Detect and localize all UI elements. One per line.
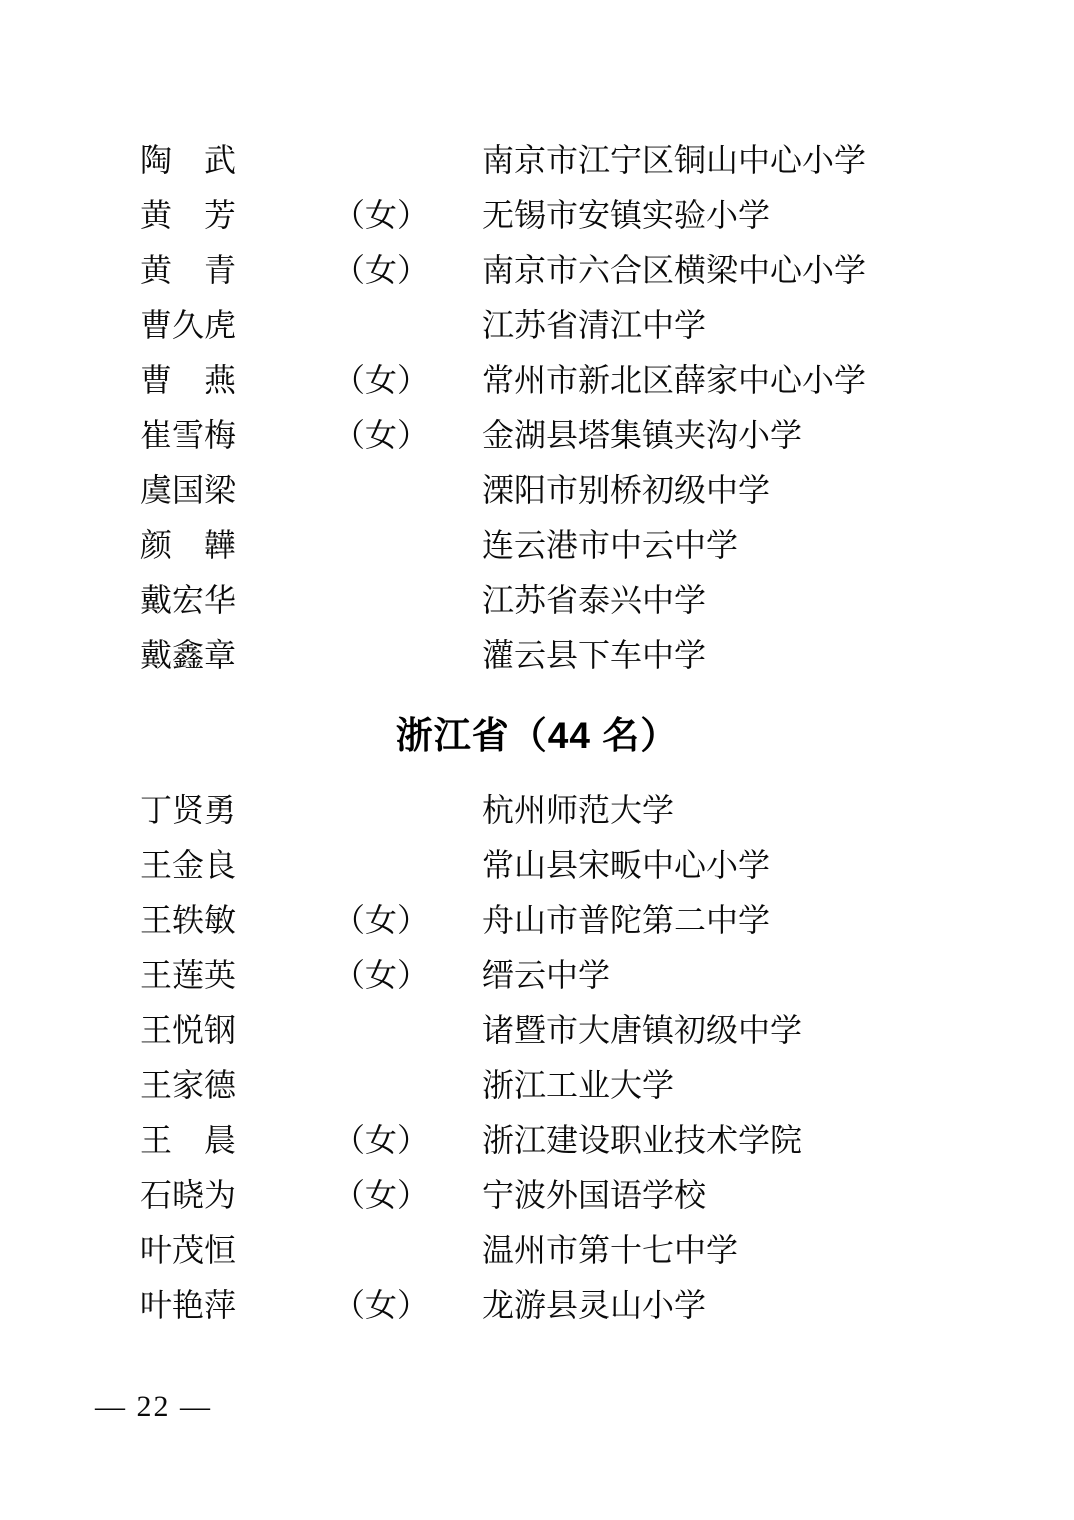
school-name: 宁波外国语学校 (482, 1179, 1074, 1211)
document-page: 陶 武南京市江宁区铜山中心小学黄 芳（女）无锡市安镇实验小学黄 青（女）南京市六… (0, 0, 1074, 1520)
person-name: 王 晨 (140, 1124, 333, 1156)
person-name: 黄 芳 (140, 199, 333, 231)
person-name: 虞国梁 (140, 474, 333, 506)
school-name: 诸暨市大唐镇初级中学 (482, 1014, 1074, 1046)
person-name: 戴鑫章 (140, 639, 333, 671)
list-row: 王家德浙江工业大学 (0, 1057, 1074, 1112)
person-name: 颜 韡 (140, 529, 333, 561)
jiangsu-rows-list: 陶 武南京市江宁区铜山中心小学黄 芳（女）无锡市安镇实验小学黄 青（女）南京市六… (0, 0, 1074, 682)
gender-label: （女） (333, 1179, 482, 1211)
list-row: 王轶敏（女）舟山市普陀第二中学 (0, 892, 1074, 947)
school-name: 金湖县塔集镇夹沟小学 (482, 419, 1074, 451)
section-heading-wrap: 浙江省（44 名） (0, 682, 1074, 782)
gender-label: （女） (333, 1289, 482, 1321)
gender-label: （女） (333, 199, 482, 231)
gender-label: （女） (333, 959, 482, 991)
person-name: 戴宏华 (140, 584, 333, 616)
gender-label: （女） (333, 419, 482, 451)
school-name: 舟山市普陀第二中学 (482, 904, 1074, 936)
list-row: 王金良常山县宋畈中心小学 (0, 837, 1074, 892)
person-name: 叶艳萍 (140, 1289, 333, 1321)
person-name: 曹 燕 (140, 364, 333, 396)
person-name: 王悦钢 (140, 1014, 333, 1046)
person-name: 王金良 (140, 849, 333, 881)
list-row: 陶 武南京市江宁区铜山中心小学 (0, 132, 1074, 187)
person-name: 黄 青 (140, 254, 333, 286)
gender-label: （女） (333, 1124, 482, 1156)
school-name: 南京市六合区横梁中心小学 (482, 254, 1074, 286)
zhejiang-rows-list: 丁贤勇杭州师范大学王金良常山县宋畈中心小学王轶敏（女）舟山市普陀第二中学王莲英（… (0, 782, 1074, 1332)
list-row: 王悦钢诸暨市大唐镇初级中学 (0, 1002, 1074, 1057)
person-name: 曹久虎 (140, 309, 333, 341)
list-row: 曹 燕（女）常州市新北区薛家中心小学 (0, 352, 1074, 407)
school-name: 浙江建设职业技术学院 (482, 1124, 1074, 1156)
school-name: 杭州师范大学 (482, 794, 1074, 826)
school-name: 浙江工业大学 (482, 1069, 1074, 1101)
person-name: 王轶敏 (140, 904, 333, 936)
section-heading-zhejiang: 浙江省（44 名） (396, 705, 678, 759)
person-name: 丁贤勇 (140, 794, 333, 826)
gender-label: （女） (333, 364, 482, 396)
school-name: 溧阳市别桥初级中学 (482, 474, 1074, 506)
list-row: 叶茂恒温州市第十七中学 (0, 1222, 1074, 1277)
school-name: 灌云县下车中学 (482, 639, 1074, 671)
school-name: 温州市第十七中学 (482, 1234, 1074, 1266)
list-row: 丁贤勇杭州师范大学 (0, 782, 1074, 837)
list-row: 石晓为（女）宁波外国语学校 (0, 1167, 1074, 1222)
person-name: 崔雪梅 (140, 419, 333, 451)
school-name: 龙游县灵山小学 (482, 1289, 1074, 1321)
school-name: 南京市江宁区铜山中心小学 (482, 144, 1074, 176)
page-number: — 22 — (95, 1390, 212, 1423)
list-row: 戴鑫章灌云县下车中学 (0, 627, 1074, 682)
list-row: 黄 芳（女）无锡市安镇实验小学 (0, 187, 1074, 242)
school-name: 江苏省泰兴中学 (482, 584, 1074, 616)
school-name: 缙云中学 (482, 959, 1074, 991)
list-row: 虞国梁溧阳市别桥初级中学 (0, 462, 1074, 517)
list-row: 曹久虎江苏省清江中学 (0, 297, 1074, 352)
person-name: 王莲英 (140, 959, 333, 991)
page-footer: — 22 — (95, 1390, 212, 1424)
list-row: 黄 青（女）南京市六合区横梁中心小学 (0, 242, 1074, 297)
list-row: 王 晨（女）浙江建设职业技术学院 (0, 1112, 1074, 1167)
list-row: 王莲英（女）缙云中学 (0, 947, 1074, 1002)
gender-label: （女） (333, 254, 482, 286)
school-name: 江苏省清江中学 (482, 309, 1074, 341)
list-row: 叶艳萍（女）龙游县灵山小学 (0, 1277, 1074, 1332)
list-row: 戴宏华江苏省泰兴中学 (0, 572, 1074, 627)
list-row: 崔雪梅（女）金湖县塔集镇夹沟小学 (0, 407, 1074, 462)
list-row: 颜 韡连云港市中云中学 (0, 517, 1074, 572)
person-name: 王家德 (140, 1069, 333, 1101)
school-name: 常山县宋畈中心小学 (482, 849, 1074, 881)
school-name: 常州市新北区薛家中心小学 (482, 364, 1074, 396)
gender-label: （女） (333, 904, 482, 936)
person-name: 叶茂恒 (140, 1234, 333, 1266)
person-name: 石晓为 (140, 1179, 333, 1211)
person-name: 陶 武 (140, 144, 333, 176)
school-name: 无锡市安镇实验小学 (482, 199, 1074, 231)
school-name: 连云港市中云中学 (482, 529, 1074, 561)
